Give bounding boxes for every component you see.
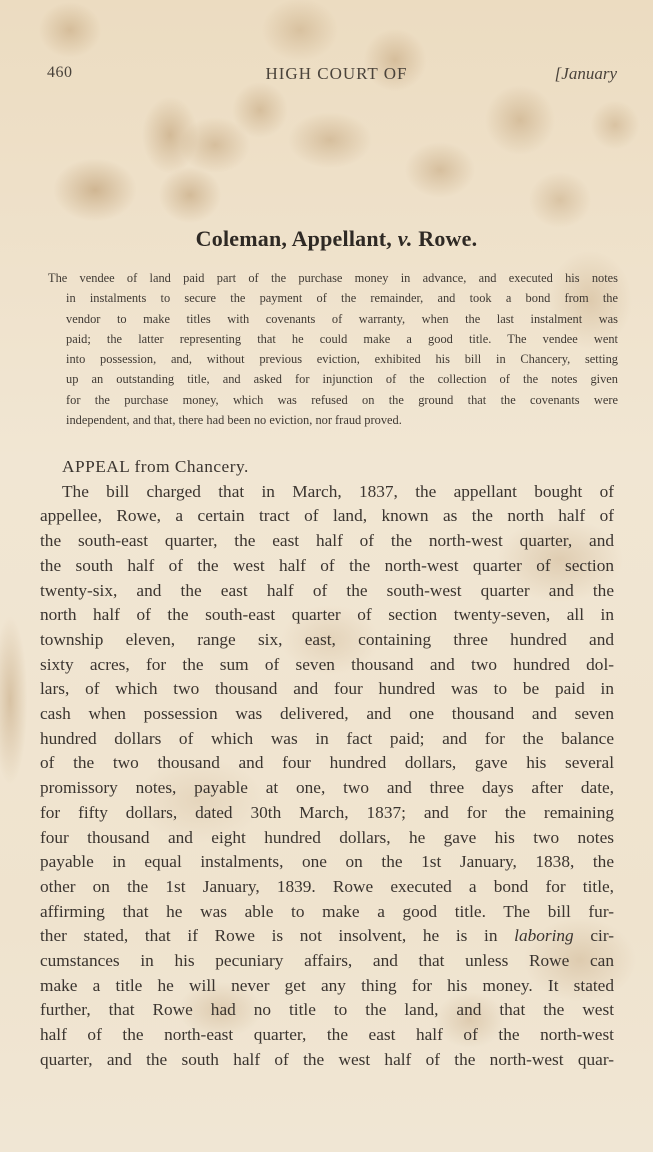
headnote-line: up an outstanding title, and asked for i…	[48, 369, 618, 389]
body-line: quarter, and the south half of the west …	[40, 1048, 614, 1073]
body-line: four thousand and eight hundred dollars,…	[40, 826, 614, 851]
body-line: cumstances in his pecuniary affairs, and…	[40, 949, 614, 974]
headnote-line: independent, and that, there had been no…	[48, 410, 618, 430]
case-title-appellee: Rowe.	[413, 226, 478, 251]
scanned-page: 460 HIGH COURT OF [January Coleman, Appe…	[0, 0, 653, 1152]
headnote: The vendee of land paid part of the purc…	[48, 268, 618, 430]
body-line: twenty-six, and the east half of the sou…	[40, 579, 614, 604]
headnote-line: vendor to make titles with covenants of …	[48, 309, 618, 329]
body-text-fragment: cir-	[574, 926, 614, 945]
case-title: Coleman, Appellant, v. Rowe.	[0, 226, 653, 252]
body-text-fragment: ther stated, that if Rowe is not insolve…	[40, 926, 514, 945]
body-line: lars, of which two thousand and four hun…	[40, 677, 614, 702]
body-line: sixty acres, for the sum of seven thousa…	[40, 653, 614, 678]
body-line: affirming that he was able to make a goo…	[40, 900, 614, 925]
body-line: for fifty dollars, dated 30th March, 183…	[40, 801, 614, 826]
appeal-heading: APPEAL from Chancery.	[62, 455, 614, 480]
body-line: half of the north-east quarter, the east…	[40, 1023, 614, 1048]
page-header: 460 HIGH COURT OF [January	[0, 64, 653, 88]
body-line: of the two thousand and four hundred dol…	[40, 751, 614, 776]
running-date: [January	[555, 64, 617, 84]
body-line: payable in equal instalments, one on the…	[40, 850, 614, 875]
body-line: appellee, Rowe, a certain tract of land,…	[40, 504, 614, 529]
body-line: make a title he will never get any thing…	[40, 974, 614, 999]
body-line: The bill charged that in March, 1837, th…	[62, 480, 614, 505]
case-title-versus: v.	[398, 226, 413, 251]
body-line: north half of the south-east quarter of …	[40, 603, 614, 628]
case-title-appellant: Coleman, Appellant,	[196, 226, 398, 251]
body-line: township eleven, range six, east, contai…	[40, 628, 614, 653]
body-line: other on the 1st January, 1839. Rowe exe…	[40, 875, 614, 900]
headnote-line: in instalments to secure the payment of …	[48, 288, 618, 308]
headnote-line: paid; the latter representing that he co…	[48, 329, 618, 349]
body-line: further, that Rowe had no title to the l…	[40, 998, 614, 1023]
body-line: hundred dollars of which was in fact pai…	[40, 727, 614, 752]
body-line: the south-east quarter, the east half of…	[40, 529, 614, 554]
body-line: the south half of the west half of the n…	[40, 554, 614, 579]
headnote-line: for the purchase money, which was refuse…	[48, 390, 618, 410]
body-line: promissory notes, payable at one, two an…	[40, 776, 614, 801]
headnote-line: The vendee of land paid part of the purc…	[48, 268, 618, 288]
body-line-italic: ther stated, that if Rowe is not insolve…	[40, 924, 614, 949]
opinion-body: APPEAL from Chancery. The bill charged t…	[62, 455, 614, 1073]
headnote-line: into possession, and, without previous e…	[48, 349, 618, 369]
italic-emphasis: laboring	[514, 926, 574, 945]
body-line: cash when possession was delivered, and …	[40, 702, 614, 727]
